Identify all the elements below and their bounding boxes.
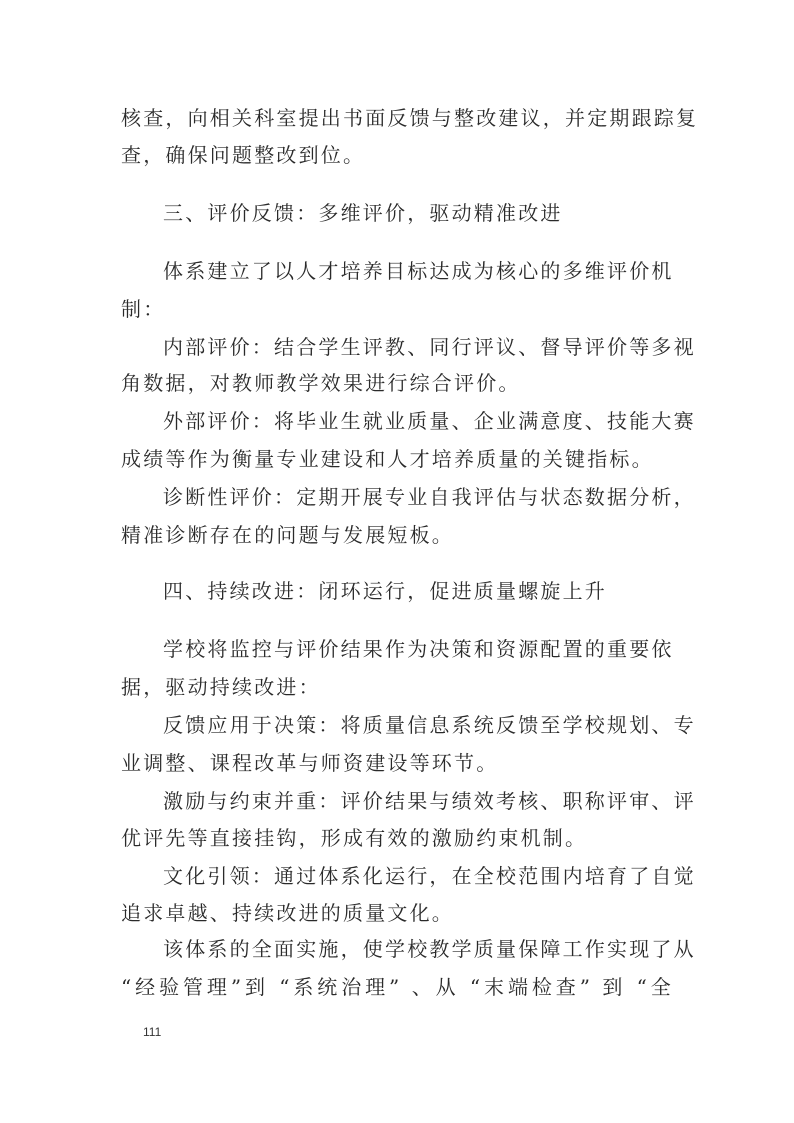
text-line: 激励与约束并重：评价结果与绩效考核、职称评审、评 (163, 789, 673, 813)
text-line: 追求卓越、持续改进的质量文化。 (121, 901, 673, 925)
text-line: “经验管理”到 “系统治理” 、从 “末端检查” 到 “全 (121, 975, 673, 999)
text-line: 核查，向相关科室提出书面反馈与整改建议，并定期跟踪复 (121, 106, 673, 130)
text-line: 体系建立了以人才培养目标达成为核心的多维评价机 (163, 259, 673, 283)
text-line: 诊断性评价：定期开展专业自我评估与状态数据分析， (163, 485, 673, 509)
text-line: 四、持续改进：闭环运行，促进质量螺旋上升 (163, 579, 673, 603)
text-line: 成绩等作为衡量专业建设和人才培养质量的关键指标。 (121, 447, 673, 471)
text-line: 文化引领：通过体系化运行，在全校范围内培育了自觉 (163, 864, 673, 888)
text-line: 查，确保问题整改到位。 (121, 143, 673, 167)
text-line: 该体系的全面实施，使学校教学质量保障工作实现了从 (163, 937, 673, 961)
text-line: 学校将监控与评价结果作为决策和资源配置的重要依 (163, 637, 673, 661)
text-line: 业调整、课程改革与师资建设等环节。 (121, 751, 673, 775)
text-line: 外部评价：将毕业生就业质量、企业满意度、技能大赛 (163, 409, 673, 433)
text-line: 内部评价：结合学生评教、同行评议、督导评价等多视 (163, 335, 673, 359)
text-line: 制： (121, 297, 673, 321)
text-line: 精准诊断存在的问题与发展短板。 (121, 523, 673, 547)
text-line: 反馈应用于决策：将质量信息系统反馈至学校规划、专 (163, 713, 673, 737)
text-line: 三、评价反馈：多维评价，驱动精准改进 (163, 201, 673, 225)
page-number: 111 (143, 1025, 161, 1039)
text-line: 据，驱动持续改进： (121, 675, 673, 699)
text-line: 优评先等直接挂钩，形成有效的激励约束机制。 (121, 826, 673, 850)
text-line: 角数据，对教师教学效果进行综合评价。 (121, 371, 673, 395)
